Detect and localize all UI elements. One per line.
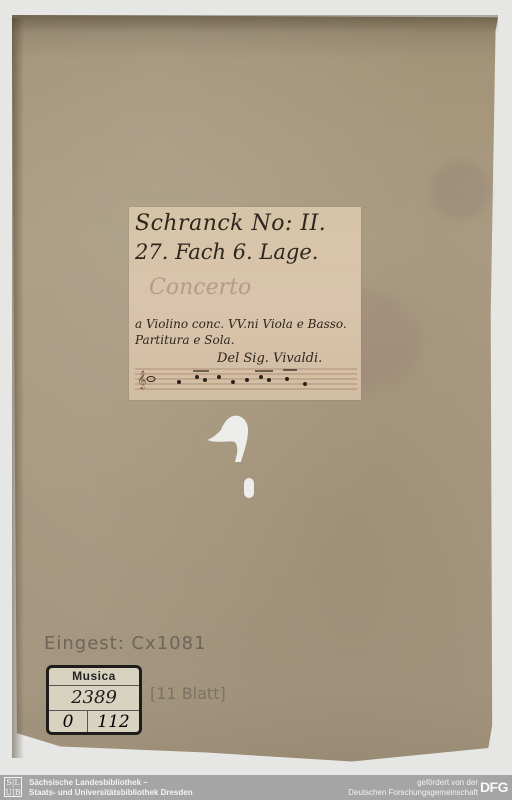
page-top-edge [12,15,498,33]
shelfmark-header: Musica [49,668,139,686]
label-instrumentation-line: a Violino conc. VV.ni Viola e Basso. [135,317,347,331]
label-format-line: Partitura e Sola. [135,333,235,347]
label-location-line: 27. Fach 6. Lage. [135,240,318,264]
title-label: Schranck No: II. 27. Fach 6. Lage. Conce… [129,207,361,400]
label-genre-line: Concerto [149,275,251,300]
image-viewer: Schranck No: II. 27. Fach 6. Lage. Conce… [0,0,512,775]
pencil-folio-note: [11 Blatt] [150,684,226,703]
paper-hole-small [244,478,254,498]
funding-line-1: gefördert von der [348,778,478,788]
stain [430,160,490,220]
institution-line-2: Staats- und Universitätsbibliothek Dresd… [29,788,193,798]
funding-line-2: Deutschen Forschungsgemeinschaft [348,788,478,798]
page-edge-shadow [12,18,24,758]
music-incipit-icon: 𝄞 [135,365,357,391]
pencil-catalog-note: Eingest: Cx1081 [44,633,207,654]
dfg-logo-icon[interactable]: DFG [480,779,508,795]
label-shelf-line: Schranck No: II. [135,211,326,236]
shelfmark-number: 2389 [49,686,139,711]
svg-text:𝄞: 𝄞 [137,371,146,390]
institution-line-1: Sächsische Landesbibliothek – [29,778,193,788]
shelfmark-sub-left: 0 [49,711,88,734]
institution-name: Sächsische Landesbibliothek – Staats- un… [29,778,193,798]
shelfmark-sticker: Musica 2389 0 112 [46,665,142,735]
funding-statement: gefördert von der Deutschen Forschungsge… [348,778,478,798]
slub-logo-icon[interactable]: S|LU|B [4,777,22,797]
footer-bar: S|LU|B Sächsische Landesbibliothek – Sta… [0,775,512,800]
label-composer-line: Del Sig. Vivaldi. [217,351,322,366]
shelfmark-sub-right: 112 [88,711,139,734]
paper-hole [205,410,255,470]
